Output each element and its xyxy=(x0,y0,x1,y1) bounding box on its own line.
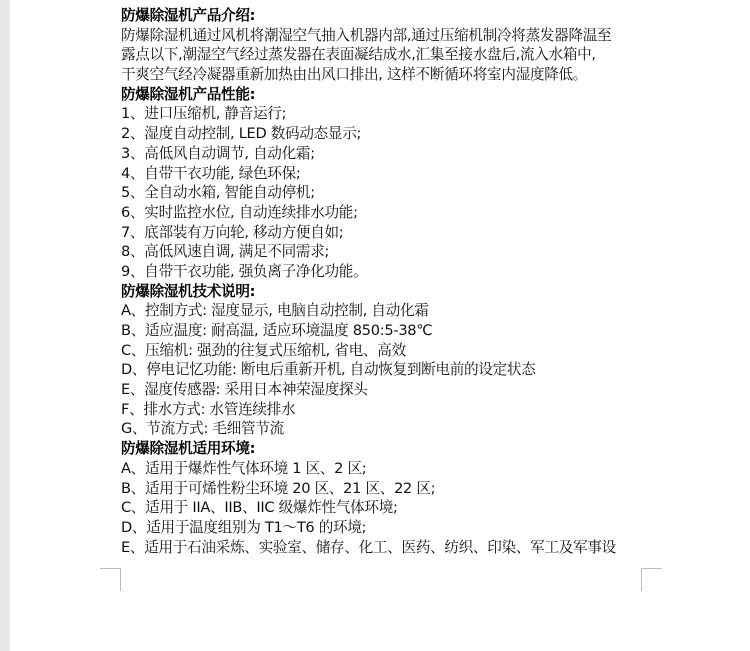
list-item: A、控制方式: 湿度显示, 电脑自动控制, 自动化霜 xyxy=(121,301,661,321)
paragraph-line: 防爆除湿机通过风机将潮湿空气抽入机器内部,通过压缩机制冷将蒸发器降温至 xyxy=(121,26,661,46)
list-item: 5、全自动水箱, 智能自动停机; xyxy=(121,183,661,203)
list-item: F、排水方式: 水管连续排水 xyxy=(121,400,661,420)
list-item: D、适用于温度组别为 T1～T6 的环境; xyxy=(121,518,661,538)
section-heading-environment: 防爆除湿机适用环境: xyxy=(121,439,661,459)
list-item: D、停电记忆功能: 断电后重新开机, 自动恢复到断电前的设定状态 xyxy=(121,360,661,380)
list-item: A、适用于爆炸性气体环境 1 区、2 区; xyxy=(121,459,661,479)
paragraph-line: 干爽空气经冷凝器重新加热由出风口排出, 这样不断循环将室内湿度降低。 xyxy=(121,65,661,85)
section-heading-performance: 防爆除湿机产品性能: xyxy=(121,85,661,105)
list-item: 8、高低风速自调, 满足不同需求; xyxy=(121,242,661,262)
workspace-left-margin xyxy=(0,0,10,651)
page-margin-corner-bottom-left xyxy=(100,568,121,591)
list-item: C、适用于 IIA、IIB、IIC 级爆炸性气体环境; xyxy=(121,498,661,518)
list-item: 9、自带干衣功能, 强负离子净化功能。 xyxy=(121,262,661,282)
list-item: B、适应温度: 耐高温, 适应环境温度 850:5-38℃ xyxy=(121,321,661,341)
list-item: 2、湿度自动控制, LED 数码动态显示; xyxy=(121,124,661,144)
list-item: E、湿度传感器: 采用日本神荣湿度探头 xyxy=(121,380,661,400)
list-item: 3、高低风自动调节, 自动化霜; xyxy=(121,144,661,164)
list-item: 7、底部装有万向轮, 移动方便自如; xyxy=(121,223,661,243)
paragraph-line: 露点以下,潮湿空气经过蒸发器在表面凝结成水,汇集至接水盘后,流入水箱中, xyxy=(121,45,661,65)
page-margin-corner-bottom-right xyxy=(641,568,662,591)
document-body[interactable]: 防爆除湿机产品介绍: 防爆除湿机通过风机将潮湿空气抽入机器内部,通过压缩机制冷将… xyxy=(121,6,661,557)
list-item: C、压缩机: 强劲的往复式压缩机, 省电、高效 xyxy=(121,341,661,361)
list-item: 6、实时监控水位, 自动连续排水功能; xyxy=(121,203,661,223)
list-item: 1、进口压缩机, 静音运行; xyxy=(121,104,661,124)
section-heading-intro: 防爆除湿机产品介绍: xyxy=(121,6,661,26)
list-item: 4、自带干衣功能, 绿色环保; xyxy=(121,164,661,184)
list-item: G、节流方式: 毛细管节流 xyxy=(121,419,661,439)
section-heading-technical: 防爆除湿机技术说明: xyxy=(121,282,661,302)
list-item: B、适用于可烯性粉尘环境 20 区、21 区、22 区; xyxy=(121,479,661,499)
list-item: E、适用于石油采炼、实验室、储存、化工、医药、纺织、印染、军工及军事设 xyxy=(121,538,661,558)
